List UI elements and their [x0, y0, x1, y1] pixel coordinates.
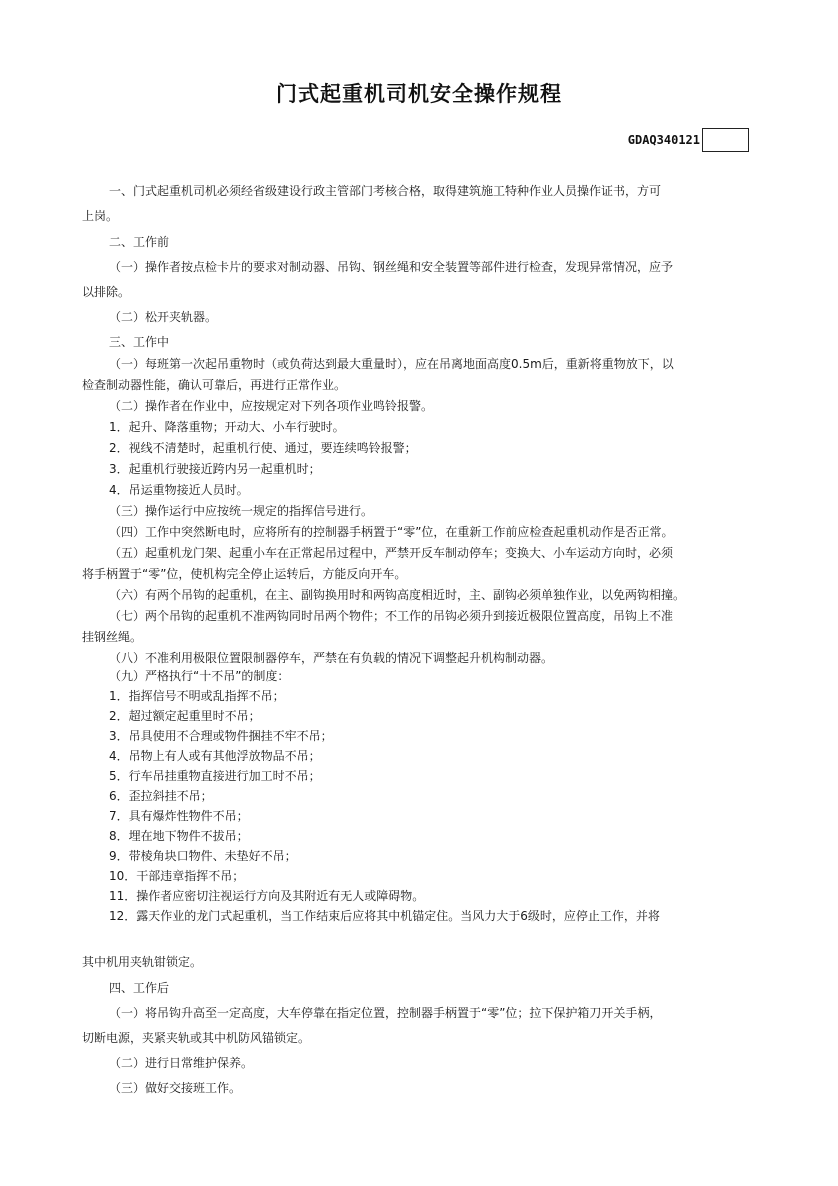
document-line: （五）起重机龙门架、起重小车在正常起吊过程中，严禁开反车制动停车；变换大、小车运…	[109, 545, 673, 561]
document-title: 门式起重机司机安全操作规程	[0, 78, 838, 108]
document-line: 5．行车吊挂重物直接进行加工时不吊；	[109, 768, 321, 784]
document-line: 上岗。	[82, 208, 118, 224]
document-line: 检查制动器性能，确认可靠后，再进行正常作业。	[82, 377, 346, 393]
document-line: （二）松开夹轨器。	[109, 309, 217, 325]
document-line: 其中机用夹轨钳锁定。	[82, 954, 202, 970]
document-line: （二）操作者在作业中，应按规定对下列各项作业鸣铃报警。	[109, 398, 433, 414]
document-line: 4．吊物上有人或有其他浮放物品不吊；	[109, 748, 321, 764]
document-line: （三）操作运行中应按统一规定的指挥信号进行。	[109, 503, 373, 519]
document-line: （一）操作者按点检卡片的要求对制动器、吊钩、钢丝绳和安全装置等部件进行检查，发现…	[109, 259, 673, 275]
document-line: 挂钢丝绳。	[82, 629, 142, 645]
document-line: （九）严格执行“十不吊”的制度：	[109, 668, 289, 684]
document-line: （六）有两个吊钩的起重机，在主、副钩换用时和两钩高度相近时，主、副钩必须单独作业…	[109, 587, 685, 603]
document-line: 将手柄置于“零”位，使机构完全停止运转后，方能反向开车。	[82, 566, 406, 582]
document-line: 7．具有爆炸性物件不吊；	[109, 808, 249, 824]
document-line: （八）不准利用极限位置限制器停车，严禁在有负载的情况下调整起升机构制动器。	[109, 650, 553, 666]
document-line: 3．吊具使用不合理或物件捆挂不牢不吊；	[109, 728, 333, 744]
document-line: （一）每班第一次起吊重物时（或负荷达到最大重量时），应在吊离地面高度0.5m后，…	[109, 356, 674, 372]
document-line: （七）两个吊钩的起重机不准两钩同时吊两个物件；不工作的吊钩必须升到接近极限位置高…	[109, 608, 673, 624]
document-line: 二、工作前	[109, 234, 169, 250]
document-code-box	[702, 128, 749, 152]
document-page: 门式起重机司机安全操作规程 GDAQ340121 一、门式起重机司机必须经省级建…	[0, 0, 838, 1186]
document-line: 6．歪拉斜挂不吊；	[109, 788, 213, 804]
document-line: 一、门式起重机司机必须经省级建设行政主管部门考核合格，取得建筑施工特种作业人员操…	[109, 183, 661, 199]
document-line: （二）进行日常维护保养。	[109, 1055, 253, 1071]
document-line: 四、工作后	[109, 980, 169, 996]
document-line: 4．吊运重物接近人员时。	[109, 482, 249, 498]
document-line: 2．视线不清楚时，起重机行使、通过，要连续鸣铃报警；	[109, 440, 417, 456]
document-line: 2．超过额定起重里时不吊；	[109, 708, 261, 724]
document-line: 三、工作中	[109, 334, 169, 350]
document-line: 切断电源，夹紧夹轨或其中机防风锚锁定。	[82, 1030, 310, 1046]
document-line: 1．起升、降落重物；开动大、小车行驶时。	[109, 419, 345, 435]
document-line: 12．露天作业的龙门式起重机，当工作结束后应将其中机锚定住。当风力大于6级时，应…	[109, 908, 660, 924]
document-line: 以排除。	[82, 284, 130, 300]
document-code-row: GDAQ340121	[600, 128, 749, 152]
document-line: 3．起重机行驶接近跨内另一起重机时；	[109, 461, 321, 477]
document-line: 11．操作者应密切注视运行方向及其附近有无人或障碍物。	[109, 888, 424, 904]
document-line: （三）做好交接班工作。	[109, 1080, 241, 1096]
document-line: （四）工作中突然断电时，应将所有的控制器手柄置于“零”位，在重新工作前应检查起重…	[109, 524, 673, 540]
document-line: 1．指挥信号不明或乱指挥不吊；	[109, 688, 285, 704]
document-line: 10．干部违章指挥不吊；	[109, 868, 244, 884]
document-code: GDAQ340121	[600, 133, 702, 147]
document-line: （一）将吊钩升高至一定高度，大车停靠在指定位置，控制器手柄置于“零”位；拉下保护…	[109, 1005, 661, 1021]
document-line: 8．埋在地下物件不拔吊；	[109, 828, 249, 844]
document-line: 9．带棱角块口物件、未垫好不吊；	[109, 848, 297, 864]
